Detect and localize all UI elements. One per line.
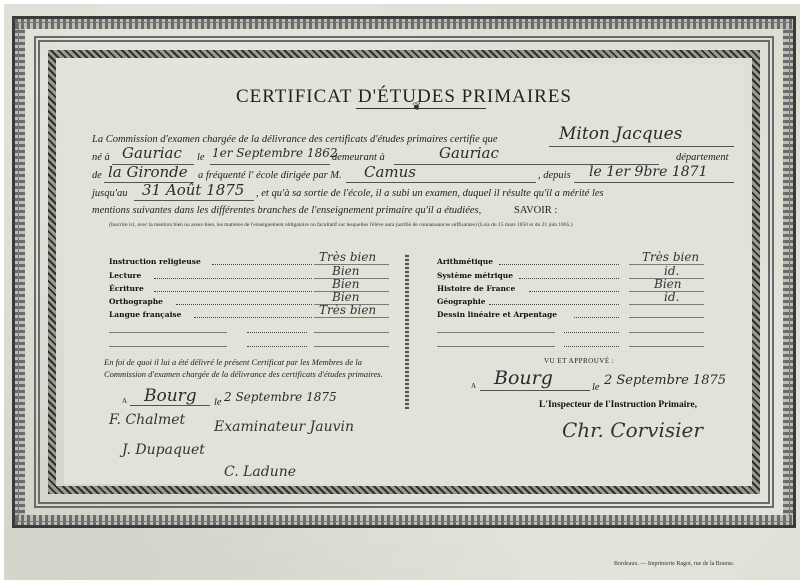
blank-subject-line [109, 346, 227, 347]
printer-imprint: Bordeaux. — Imprimerie Ragot, rue de la … [614, 561, 734, 567]
subject-instruction-religieuse: Instruction religieuse [109, 257, 201, 266]
birth-date: 1er Septembre 1862 [212, 146, 337, 160]
attended-label: a fréquenté l' école dirigée par M. [198, 170, 342, 181]
blank-subject-line [437, 346, 555, 347]
subject-dessin-lineaire: Dessin linéaire et Arpentage [437, 310, 557, 319]
grade-orthographe: Bien [332, 290, 360, 304]
grade-underline [629, 317, 704, 318]
subject-arithmetique: Arithmétique [437, 257, 493, 266]
date-prefix-left: le [214, 397, 222, 408]
signature-chalmet: F. Chalmet [109, 412, 185, 428]
place-prefix-right: A [471, 382, 476, 390]
grade-langue-francaise: Très bien [319, 303, 376, 317]
subject-geographie: Géographie [437, 297, 486, 306]
leader-dots [247, 332, 307, 333]
blank-subject-line [437, 332, 555, 333]
grade-lecture: Bien [332, 264, 360, 278]
signature-ladune: C. Ladune [224, 464, 296, 480]
leader-dots [519, 278, 619, 279]
department: la Gironde [108, 163, 188, 181]
department-label: département [676, 152, 729, 163]
leader-dots [489, 304, 619, 305]
grade-geographie: id. [664, 290, 679, 304]
leader-dots [564, 346, 619, 347]
since-label: , depuis [538, 170, 571, 181]
de-label: de [92, 170, 102, 181]
instruction-note: (Inscrire ici, avec la mention bien ou a… [109, 222, 573, 228]
birthdate-underline [210, 164, 330, 165]
inspector-title: L'Inspecteur de l'Instruction Primaire, [539, 400, 697, 410]
grade-arithmetique: Très bien [642, 250, 699, 264]
signature-examinateur: Examinateur Jauvin [214, 419, 354, 435]
grade-underline [314, 332, 389, 333]
subject-lecture: Lecture [109, 271, 141, 280]
grade-ecriture: Bien [332, 277, 360, 291]
inspector-signature: Chr. Corvisier [562, 418, 703, 442]
grade-underline [629, 332, 704, 333]
place-left: Bourg [144, 386, 197, 406]
leader-dots [574, 317, 619, 318]
certificate-body: CERTIFICAT D'ÉTUDES PRIMAIRES La Commiss… [64, 64, 744, 484]
name-underline [549, 146, 734, 147]
date-left: 2 Septembre 1875 [224, 390, 337, 404]
leader-dots [564, 332, 619, 333]
leader-dots [212, 264, 312, 265]
since-date: le 1er 9bre 1871 [589, 164, 707, 180]
grade-underline [314, 346, 389, 347]
intro-line-5: mentions suivantes dans les différentes … [92, 205, 481, 216]
leader-dots [194, 317, 312, 318]
blank-subject-line [109, 332, 227, 333]
until-date: 31 Août 1875 [142, 181, 244, 199]
since-underline [574, 182, 734, 183]
certificate-title: CERTIFICAT D'ÉTUDES PRIMAIRES [64, 86, 744, 108]
leader-dots [529, 291, 619, 292]
birthplace: Gauriac [122, 144, 182, 162]
signature-dupaquet: J. Dupaquet [122, 442, 205, 458]
leader-dots [247, 346, 307, 347]
until-label: jusqu'au [92, 188, 128, 199]
grade-underline [314, 317, 389, 318]
subject-langue-francaise: Langue française [109, 310, 181, 319]
grade-instruction-religieuse: Très bien [319, 250, 376, 264]
le-label: le [197, 152, 205, 163]
leader-dots [499, 264, 619, 265]
grade-underline [629, 304, 704, 305]
place-right: Bourg [494, 367, 553, 389]
teacher-name: Camus [364, 163, 416, 181]
subject-orthographe: Orthographe [109, 297, 163, 306]
leader-dots [154, 291, 312, 292]
attestation-text: En foi de quoi il lui a été délivré le p… [104, 356, 404, 380]
subject-systeme-metrique: Système métrique [437, 271, 513, 280]
intro-line-4: , et qu'à sa sortie de l'école, il a sub… [256, 188, 604, 199]
grade-underline [629, 346, 704, 347]
leader-dots [154, 278, 312, 279]
residence-label: demeurant à [332, 152, 385, 163]
leader-dots [176, 304, 312, 305]
date-right: 2 Septembre 1875 [604, 373, 726, 388]
subject-histoire-de-france: Histoire de France [437, 284, 515, 293]
grade-systeme-metrique: id. [664, 264, 679, 278]
born-label: né à [92, 152, 110, 163]
date-prefix-right: le [592, 382, 600, 393]
student-name: Miton Jacques [559, 124, 682, 144]
title-ornament-icon [356, 108, 486, 116]
place-prefix-left: A [122, 397, 127, 405]
place-underline-right [480, 390, 590, 391]
column-separator [405, 254, 409, 409]
teacher-underline [346, 182, 536, 183]
approved-label: VU ET APPROUVÉ : [544, 357, 614, 365]
grade-histoire-de-france: Bien [654, 277, 682, 291]
residence: Gauriac [439, 144, 499, 162]
certificate-paper: CERTIFICAT D'ÉTUDES PRIMAIRES La Commiss… [4, 4, 800, 580]
savoir-label: SAVOIR : [514, 205, 557, 216]
until-underline [134, 200, 254, 201]
subject-ecriture: Écriture [109, 284, 144, 293]
